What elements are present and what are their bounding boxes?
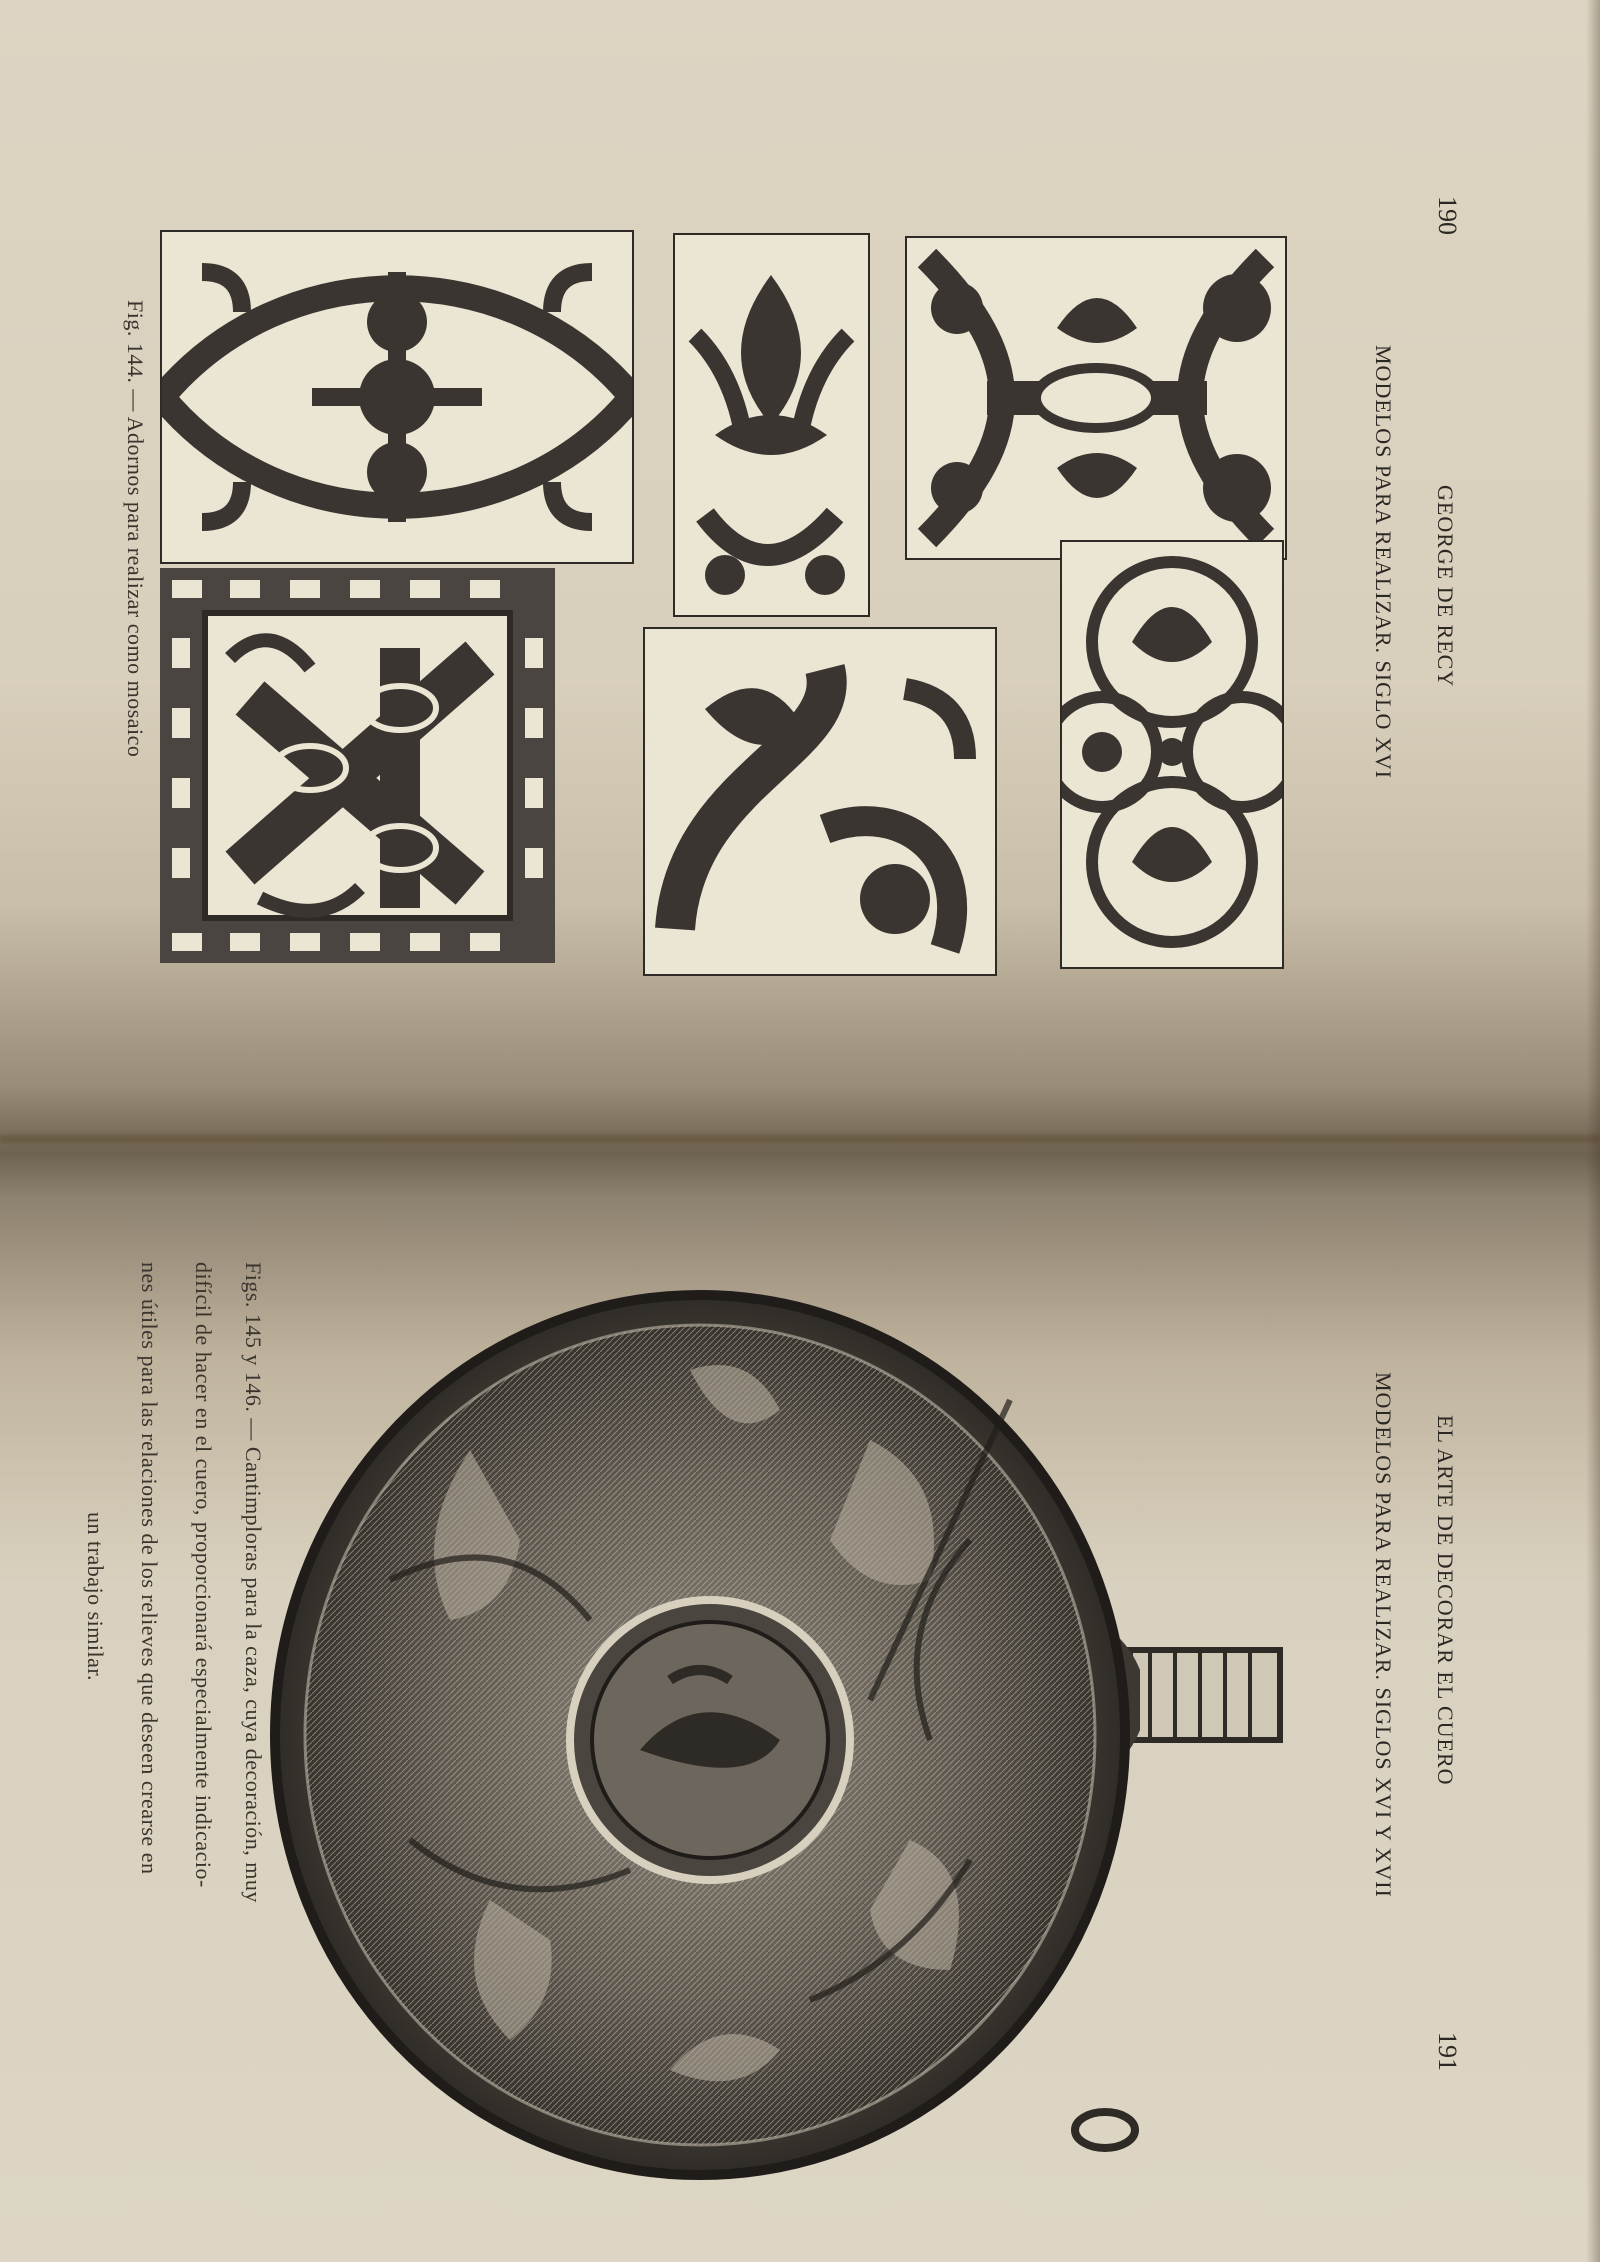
figure-caption-145-146-line-1: Figs. 145 y 146. — Cantimploras para la … [240, 1262, 266, 1903]
tile-scroll-leaf [643, 627, 997, 976]
section-title-bottom: MODELOS PARA REALIZAR. SIGLOS XVI Y XVII [1370, 1372, 1396, 1898]
tile-fleur-de-lis [673, 233, 870, 617]
flask-relief-icon [270, 1280, 1310, 2190]
page-number-191: 191 [1432, 2032, 1462, 2071]
hunting-flask-illustration [270, 1280, 1310, 2190]
running-head-top: GEORGE DE RECY [1432, 485, 1458, 687]
gutter-fold [0, 1135, 1600, 1143]
rosette-circles-ornament-icon [1062, 542, 1282, 967]
vine-lattice-ornament-icon [162, 232, 632, 562]
section-title-top: MODELOS PARA REALIZAR. SIGLO XVI [1370, 345, 1396, 779]
figure-caption-145-146-line-2: difícil de hacer en el cuero, proporcion… [190, 1262, 216, 1888]
fleur-de-lis-icon [675, 235, 868, 615]
crossed-staves-ornament-icon [160, 568, 555, 963]
figure-caption-145-146-line-4: un trabajo similar. [82, 1512, 108, 1681]
ribbon-fleur-ornament-icon [907, 238, 1285, 558]
tile-vine-lattice [160, 230, 634, 564]
running-head-bottom: EL ARTE DE DECORAR EL CUERO [1432, 1415, 1458, 1786]
figure-caption-145-146-line-3: nes útiles para las relaciones de los re… [136, 1262, 162, 1874]
figure-caption-144: Fig. 144. — Adornos para realizar como m… [122, 300, 148, 757]
page-edge-shadow [1586, 0, 1600, 2262]
tile-crossed-staves [160, 568, 555, 963]
tile-rosette-circles [1060, 540, 1284, 969]
tile-ribbon-fleur [905, 236, 1287, 560]
page-number-190: 190 [1432, 196, 1462, 235]
scroll-leaf-ornament-icon [645, 629, 995, 974]
